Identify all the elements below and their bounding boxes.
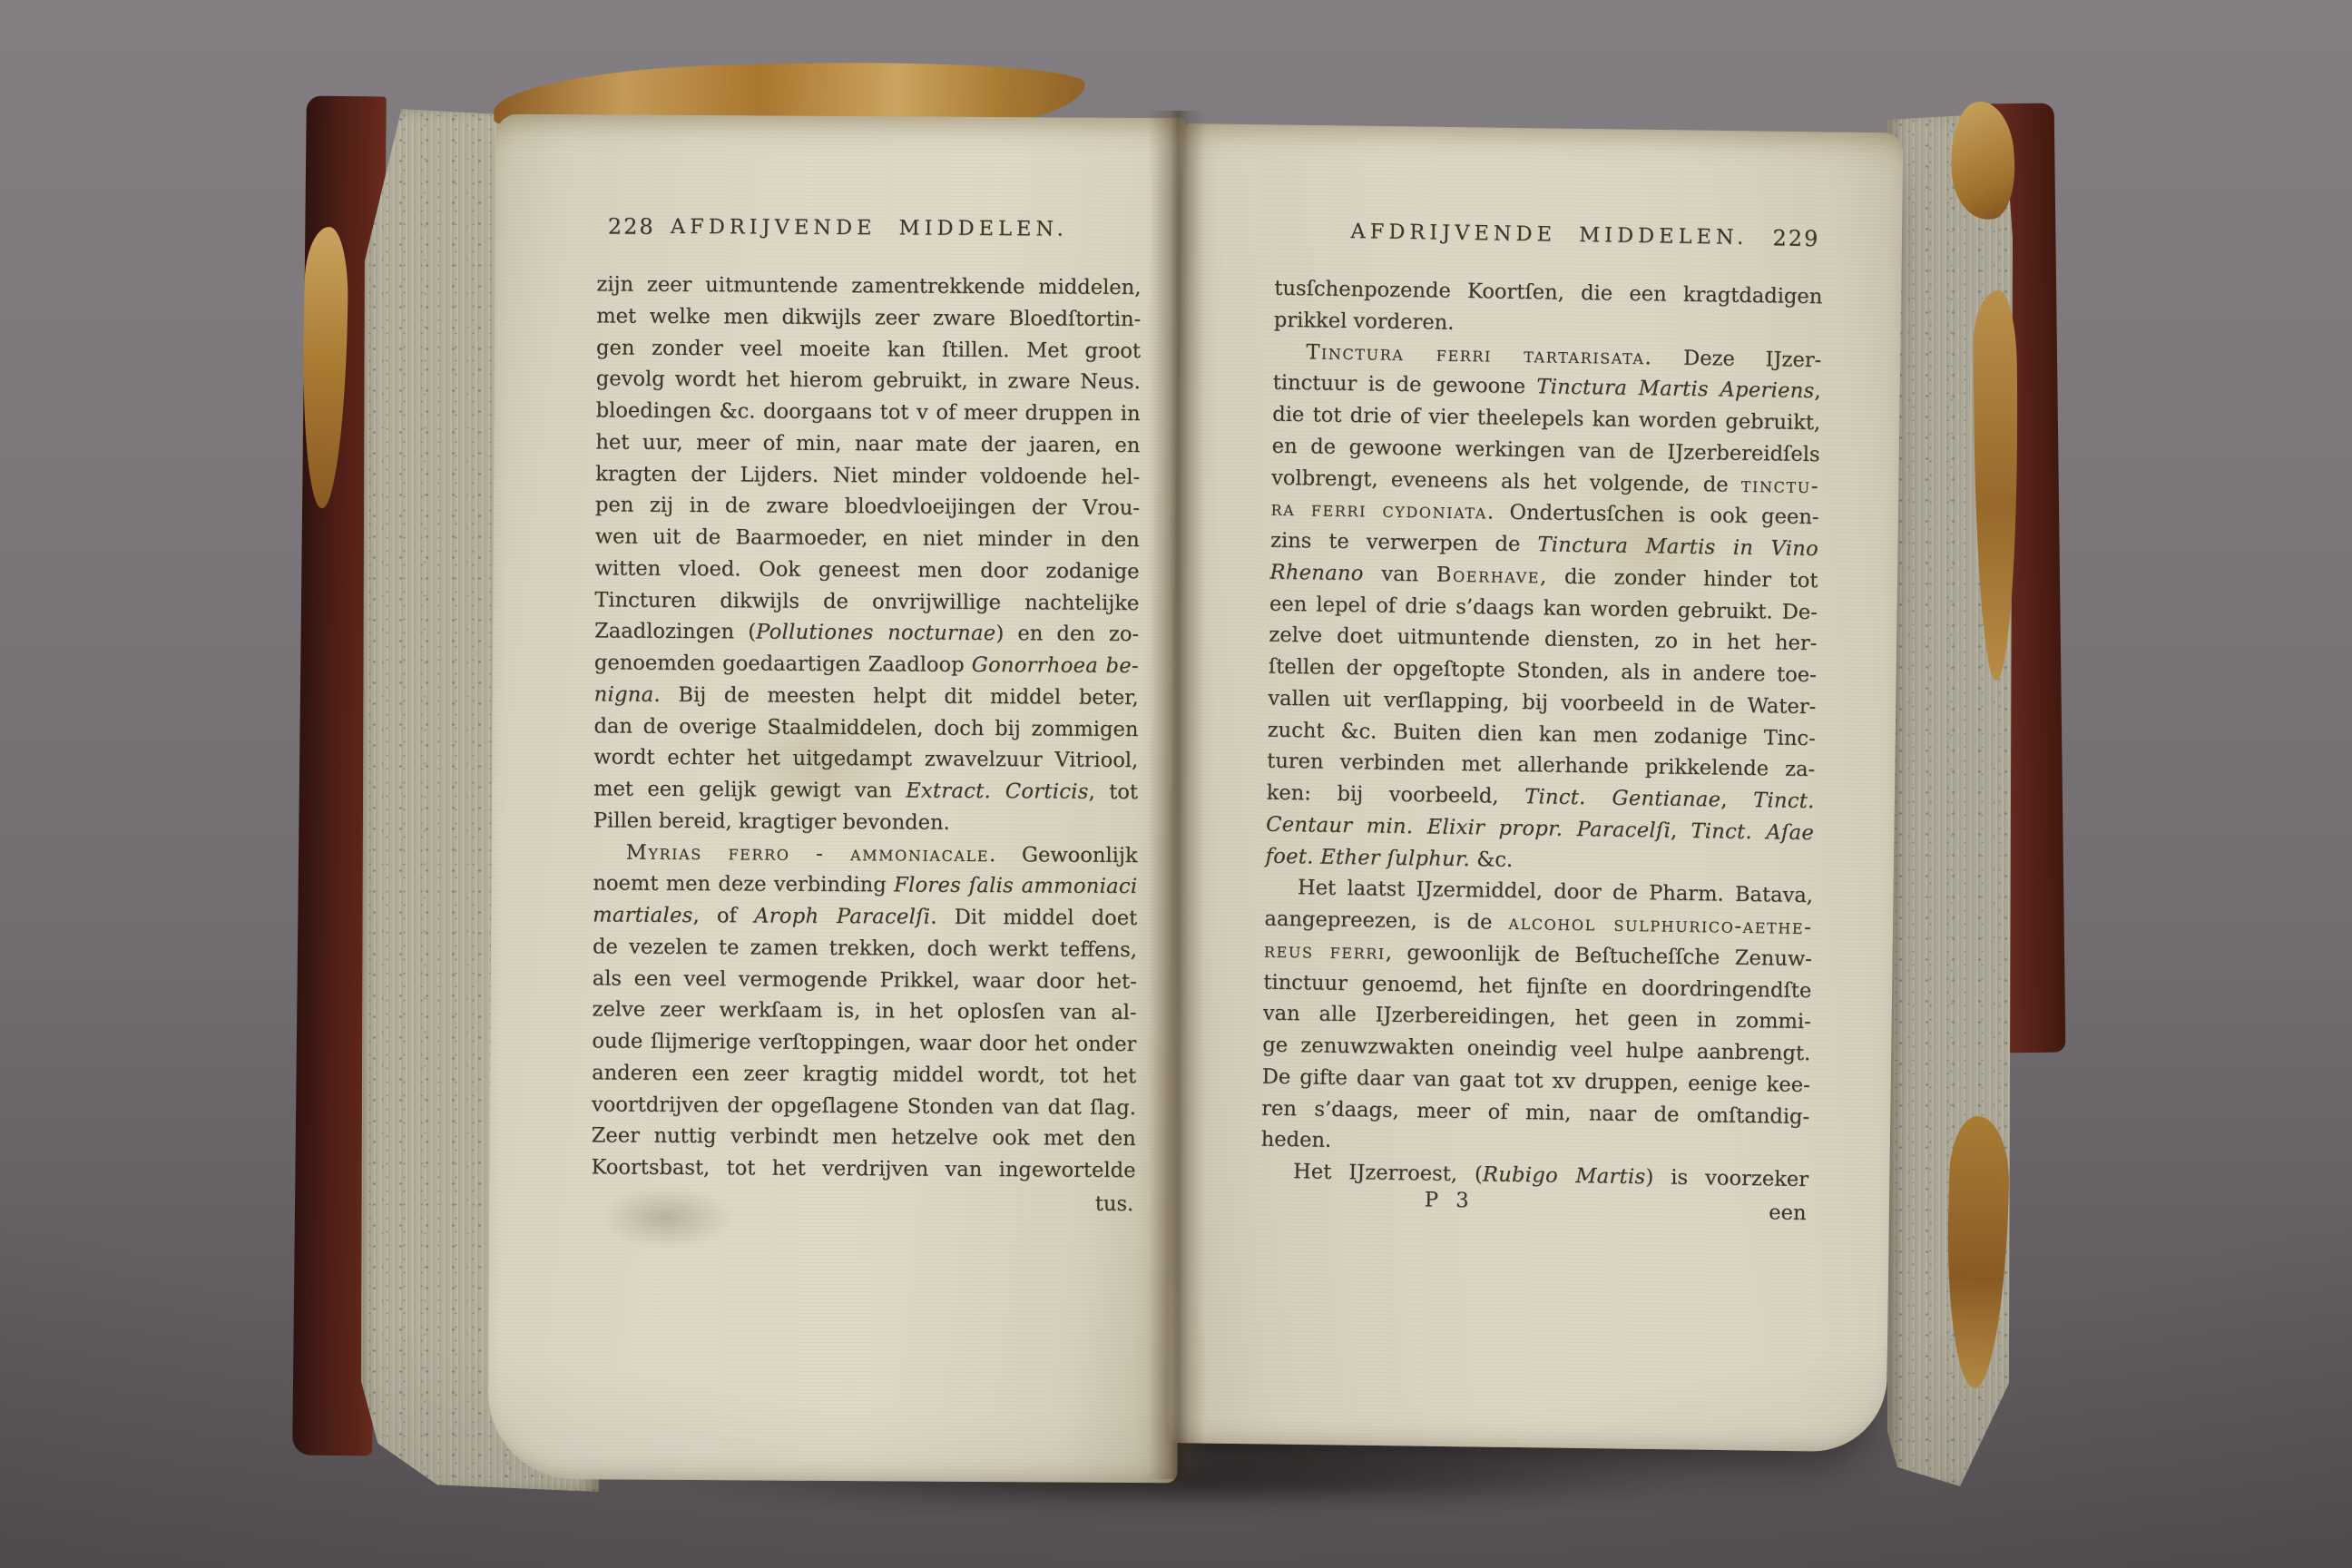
signature-mark: P 3 — [1425, 1188, 1475, 1212]
left-page-text: 228 AFDRIJVENDE MIDDELEN. zijn zeer uitm… — [591, 214, 1142, 1222]
text-line: dan de overige Staalmiddelen, doch bij z… — [593, 710, 1138, 745]
text-line: oude ſlijmerige verſtoppingen, waar door… — [592, 1025, 1136, 1060]
text-line: Pillen bereid, kragtiger bevonden. — [593, 805, 1138, 839]
text-line: zijn zeer uitmuntende zamentrekkende mid… — [596, 269, 1141, 303]
text-line: gevolg wordt het hierom gebruikt, in zwa… — [596, 364, 1141, 398]
text-line: Tincturen dikwijls de onvrijwillige nach… — [594, 584, 1139, 619]
page-number: 228 — [608, 213, 655, 239]
right-page-header: AFDRIJVENDE MIDDELEN. 229 — [1275, 219, 1823, 258]
photo-scene: 228 AFDRIJVENDE MIDDELEN. zijn zeer uitm… — [0, 0, 2352, 1568]
text-line: Koortsbast, tot het verdrijven van ingew… — [591, 1151, 1135, 1186]
catchword: tus. — [1095, 1191, 1134, 1215]
text-line: wen uit de Baarmoeder, en niet minder in… — [595, 521, 1140, 555]
text-line: genoemden goedaartigen Zaadloop Gonorrho… — [594, 647, 1139, 681]
text-line: de vezelen te zamen trekken, doch werkt … — [593, 931, 1137, 965]
left-page-footline: tus. — [591, 1183, 1135, 1223]
text-line: met een gelijk gewigt van Extract. Corti… — [593, 773, 1138, 808]
text-line: voortdrijven der opgeſlagene Stonden van… — [592, 1089, 1136, 1123]
text-line: witten vloed. Ook geneest men door zodan… — [594, 553, 1139, 587]
text-line: gen zonder veel moeite kan ſtillen. Met … — [596, 332, 1141, 367]
text-line: met welke men dikwijls zeer zware Bloedſ… — [596, 300, 1141, 335]
page-number: 229 — [1772, 225, 1819, 251]
text-line: als een veel vermogende Prikkel, waar do… — [593, 963, 1137, 997]
text-line: het uur, meer of min, naar mate der jaar… — [595, 426, 1140, 461]
right-page-text: AFDRIJVENDE MIDDELEN. 229 tusſchenpozend… — [1259, 219, 1823, 1232]
right-page-footline: P 3 een — [1259, 1187, 1808, 1231]
left-page: 228 AFDRIJVENDE MIDDELEN. zijn zeer uitm… — [487, 114, 1185, 1484]
text-line: Zaadlozingen (Pollutiones nocturnae) en … — [594, 616, 1139, 651]
left-page-body: zijn zeer uitmuntende zamentrekkende mid… — [591, 269, 1141, 1186]
text-line: Myrias ferro - ammoniacale. Gewoonlijk — [593, 837, 1138, 871]
text-line: pen zij in de zware bloedvloeijingen der… — [595, 490, 1140, 524]
text-line: kragten der Lijders. Niet minder voldoen… — [595, 458, 1140, 493]
left-page-header: 228 AFDRIJVENDE MIDDELEN. — [597, 214, 1142, 249]
running-title: AFDRIJVENDE MIDDELEN. — [1275, 219, 1823, 250]
text-line: bloedingen &c. doorgaans tot v of meer d… — [595, 395, 1140, 429]
text-line: martiales, of Aroph Paracelſi. Dit midde… — [593, 899, 1137, 934]
text-line: noemt men deze verbinding Flores ſalis a… — [593, 868, 1137, 903]
text-line: zelve zeer werkſaam is, in het oplosſen … — [592, 995, 1136, 1029]
right-page-body: tusſchenpozende Koortſen, die een kragtd… — [1260, 273, 1823, 1196]
text-line: Zeer nuttig verbindt men hetzelve ook me… — [592, 1121, 1136, 1155]
text-line: wordt echter het uitgedampt zwavelzuur V… — [593, 742, 1138, 777]
running-title: AFDRIJVENDE MIDDELEN. — [597, 214, 1142, 241]
right-page: AFDRIJVENDE MIDDELEN. 229 tusſchenpozend… — [1166, 123, 1904, 1452]
catchword: een — [1769, 1200, 1807, 1225]
text-line: nigna. Bij de meesten helpt dit middel b… — [594, 679, 1139, 713]
text-line: anderen een zeer kragtig middel wordt, t… — [592, 1057, 1136, 1092]
